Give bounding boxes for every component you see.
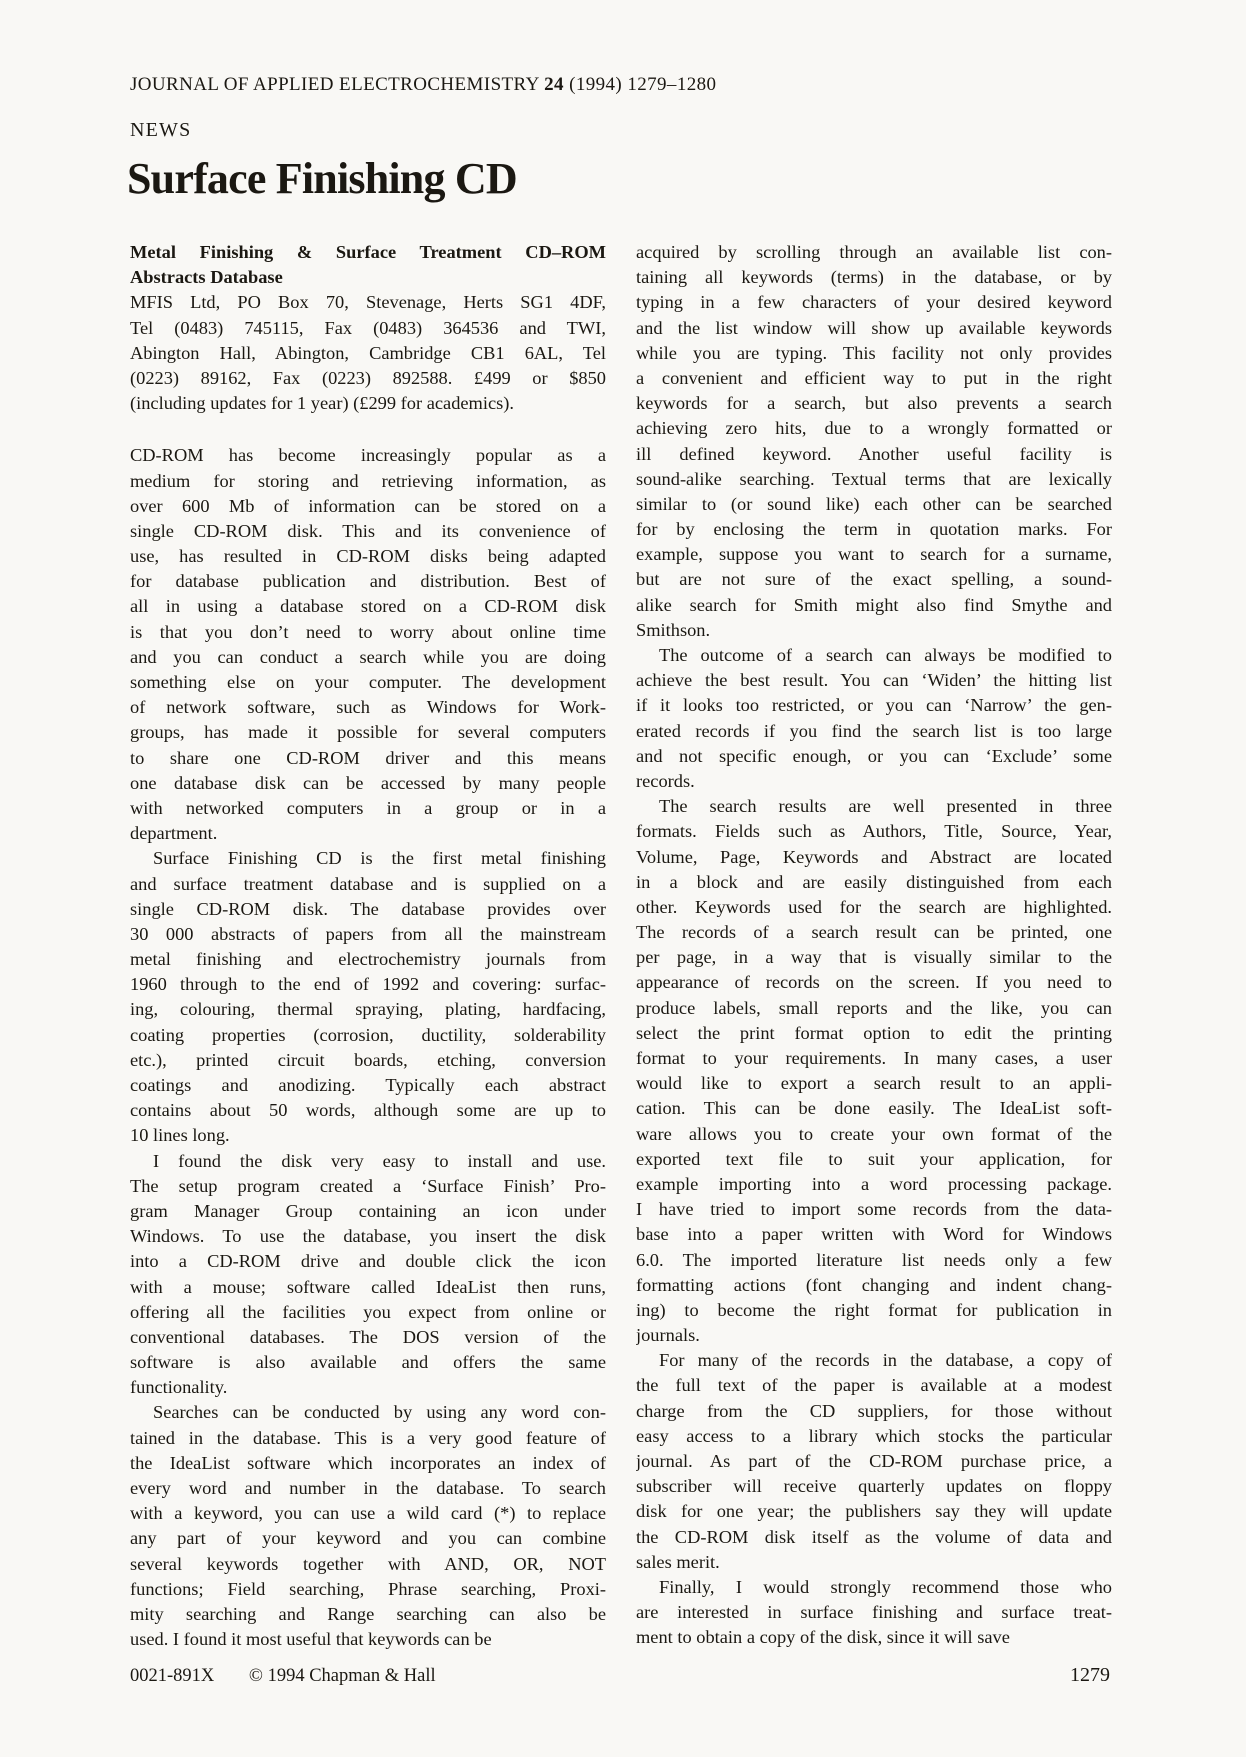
text-line: department.	[130, 821, 606, 846]
text-line: Surface Finishing CD is the first metal …	[130, 846, 606, 871]
journal-name: JOURNAL OF APPLIED ELECTROCHEMISTRY	[130, 74, 539, 95]
paragraph: The search results are well presented in…	[636, 794, 1112, 1348]
journal-page: JOURNAL OF APPLIED ELECTROCHEMISTRY 24 (…	[0, 0, 1246, 1757]
paragraph: Surface Finishing CD is the first metal …	[130, 846, 606, 1148]
text-line: formats. Fields such as Authors, Title, …	[636, 819, 1112, 844]
paragraph: MFIS Ltd, PO Box 70, Stevenage, Herts SG…	[130, 290, 606, 416]
text-line: cation. This can be done easily. The Ide…	[636, 1096, 1112, 1121]
paragraph: Searches can be conducted by using any w…	[130, 1400, 606, 1652]
text-line: easy access to a library which stocks th…	[636, 1424, 1112, 1449]
text-line: formatting actions (font changing and in…	[636, 1273, 1112, 1298]
text-line: in a block and are easily distinguished …	[636, 870, 1112, 895]
text-line: example importing into a word processing…	[636, 1172, 1112, 1197]
text-line: metal finishing and electrochemistry jou…	[130, 947, 606, 972]
text-line: with a keyword, you can use a wild card …	[130, 1501, 606, 1526]
text-line: with networked computers in a group or i…	[130, 796, 606, 821]
text-line: to share one CD-ROM driver and this mean…	[130, 746, 606, 771]
text-line: charge from the CD suppliers, for those …	[636, 1399, 1112, 1424]
text-line: of network software, such as Windows for…	[130, 695, 606, 720]
text-line: use, has resulted in CD-ROM disks being …	[130, 544, 606, 569]
paragraph: acquired by scrolling through an availab…	[636, 240, 1112, 643]
text-line: groups, has made it possible for several…	[130, 720, 606, 745]
paragraph: I found the disk very easy to install an…	[130, 1149, 606, 1401]
section-label: NEWS	[130, 119, 191, 142]
text-line: (including updates for 1 year) (£299 for…	[130, 391, 606, 416]
running-head: JOURNAL OF APPLIED ELECTROCHEMISTRY 24 (…	[130, 74, 716, 96]
paragraph: Finally, I would strongly recommend thos…	[636, 1575, 1112, 1651]
text-line: Volume, Page, Keywords and Abstract are …	[636, 845, 1112, 870]
text-line: appearance of records on the screen. If …	[636, 970, 1112, 995]
text-line: for by enclosing the term in quotation m…	[636, 517, 1112, 542]
text-line: and you can conduct a search while you a…	[130, 645, 606, 670]
text-line: software is also available and offers th…	[130, 1350, 606, 1375]
text-line: The records of a search result can be pr…	[636, 920, 1112, 945]
text-line: other. Keywords used for the search are …	[636, 895, 1112, 920]
text-line: one database disk can be accessed by man…	[130, 771, 606, 796]
footer: 0021-891X © 1994 Chapman & Hall	[130, 1666, 436, 1687]
text-line: would like to export a search result to …	[636, 1071, 1112, 1096]
text-line: 1960 through to the end of 1992 and cove…	[130, 972, 606, 997]
text-line: disk for one year; the publishers say th…	[636, 1499, 1112, 1524]
text-line: similar to (or sound like) each other ca…	[636, 492, 1112, 517]
text-line: exported text file to suit your applicat…	[636, 1147, 1112, 1172]
paragraph: For many of the records in the database,…	[636, 1348, 1112, 1575]
text-line: ment to obtain a copy of the disk, since…	[636, 1625, 1112, 1650]
text-line: ware allows you to create your own forma…	[636, 1122, 1112, 1147]
text-line: but are not sure of the exact spelling, …	[636, 567, 1112, 592]
text-line: keywords for a search, but also prevents…	[636, 391, 1112, 416]
text-line: a convenient and efficient way to put in…	[636, 366, 1112, 391]
text-line: The setup program created a ‘Surface Fin…	[130, 1174, 606, 1199]
text-line: the IdeaList software which incorporates…	[130, 1451, 606, 1476]
text-line: Abington Hall, Abington, Cambridge CB1 6…	[130, 341, 606, 366]
text-line: ing, colouring, thermal spraying, platin…	[130, 997, 606, 1022]
text-line: For many of the records in the database,…	[636, 1348, 1112, 1373]
text-line: any part of your keyword and you can com…	[130, 1526, 606, 1551]
text-line: gram Manager Group containing an icon un…	[130, 1199, 606, 1224]
text-line: Smithson.	[636, 618, 1112, 643]
text-line: Searches can be conducted by using any w…	[130, 1400, 606, 1425]
text-line: etc.), printed circuit boards, etching, …	[130, 1048, 606, 1073]
text-line: conventional databases. The DOS version …	[130, 1325, 606, 1350]
right-column: acquired by scrolling through an availab…	[636, 240, 1112, 1652]
text-line: sound-alike searching. Textual terms tha…	[636, 467, 1112, 492]
text-line: The search results are well presented in…	[636, 794, 1112, 819]
text-line: Metal Finishing & Surface Treatment CD–R…	[130, 240, 606, 265]
issue-pages: (1994) 1279–1280	[569, 74, 716, 95]
text-line: per page, in a way that is visually simi…	[636, 945, 1112, 970]
text-line: medium for storing and retrieving inform…	[130, 469, 606, 494]
text-line: records.	[636, 769, 1112, 794]
text-line: format to your requirements. In many cas…	[636, 1046, 1112, 1071]
volume-number: 24	[544, 74, 564, 95]
text-line: tained in the database. This is a very g…	[130, 1426, 606, 1451]
product-heading: Metal Finishing & Surface Treatment CD–R…	[130, 240, 606, 290]
text-line: are interested in surface finishing and …	[636, 1600, 1112, 1625]
text-line: 10 lines long.	[130, 1123, 606, 1148]
text-line: every word and number in the database. T…	[130, 1476, 606, 1501]
page-title: Surface Finishing CD	[127, 153, 517, 204]
text-line: journal. As part of the CD-ROM purchase …	[636, 1449, 1112, 1474]
text-line: mity searching and Range searching can a…	[130, 1602, 606, 1627]
text-line: is that you don’t need to worry about on…	[130, 620, 606, 645]
paragraph: CD-ROM has become increasingly popular a…	[130, 443, 606, 846]
text-line: MFIS Ltd, PO Box 70, Stevenage, Herts SG…	[130, 290, 606, 315]
text-line: contains about 50 words, although some a…	[130, 1098, 606, 1123]
text-line: example, suppose you want to search for …	[636, 542, 1112, 567]
text-line: I found the disk very easy to install an…	[130, 1149, 606, 1174]
text-line: acquired by scrolling through an availab…	[636, 240, 1112, 265]
text-line: base into a paper written with Word for …	[636, 1222, 1112, 1247]
issn-label: 0021-891X	[130, 1666, 214, 1686]
text-line: select the print format option to edit t…	[636, 1021, 1112, 1046]
text-line: CD-ROM has become increasingly popular a…	[130, 443, 606, 468]
text-line: ill defined keyword. Another useful faci…	[636, 442, 1112, 467]
text-line: (0223) 89162, Fax (0223) 892588. £499 or…	[130, 366, 606, 391]
text-line: Tel (0483) 745115, Fax (0483) 364536 and…	[130, 316, 606, 341]
paragraph: The outcome of a search can always be mo…	[636, 643, 1112, 794]
copyright-label: © 1994 Chapman & Hall	[249, 1666, 436, 1686]
text-line: single CD-ROM disk. This and its conveni…	[130, 519, 606, 544]
text-line: produce labels, small reports and the li…	[636, 996, 1112, 1021]
text-line: offering all the facilities you expect f…	[130, 1300, 606, 1325]
text-line: alike search for Smith might also find S…	[636, 593, 1112, 618]
text-line: Finally, I would strongly recommend thos…	[636, 1575, 1112, 1600]
text-line: typing in a few characters of your desir…	[636, 290, 1112, 315]
text-line: achieve the best result. You can ‘Widen’…	[636, 668, 1112, 693]
text-line: something else on your computer. The dev…	[130, 670, 606, 695]
text-line: and surface treatment database and is su…	[130, 872, 606, 897]
text-line: several keywords together with AND, OR, …	[130, 1552, 606, 1577]
text-line: functionality.	[130, 1375, 606, 1400]
text-line: sales merit.	[636, 1550, 1112, 1575]
text-line: for database publication and distributio…	[130, 569, 606, 594]
text-line: 30 000 abstracts of papers from all the …	[130, 922, 606, 947]
text-line: ing) to become the right format for publ…	[636, 1298, 1112, 1323]
text-line: into a CD-ROM drive and double click the…	[130, 1249, 606, 1274]
text-line: The outcome of a search can always be mo…	[636, 643, 1112, 668]
text-line: 6.0. The imported literature list needs …	[636, 1248, 1112, 1273]
text-line: single CD-ROM disk. The database provide…	[130, 897, 606, 922]
text-line: I have tried to import some records from…	[636, 1197, 1112, 1222]
text-line: taining all keywords (terms) in the data…	[636, 265, 1112, 290]
text-line: while you are typing. This facility not …	[636, 341, 1112, 366]
text-line: the CD-ROM disk itself as the volume of …	[636, 1525, 1112, 1550]
text-line: and the list window will show up availab…	[636, 316, 1112, 341]
text-line: if it looks too restricted, or you can ‘…	[636, 693, 1112, 718]
text-line: subscriber will receive quarterly update…	[636, 1474, 1112, 1499]
text-line: the full text of the paper is available …	[636, 1373, 1112, 1398]
text-line: journals.	[636, 1323, 1112, 1348]
text-line: coating properties (corrosion, ductility…	[130, 1023, 606, 1048]
text-line: functions; Field searching, Phrase searc…	[130, 1577, 606, 1602]
text-line: used. I found it most useful that keywor…	[130, 1627, 606, 1652]
page-number: 1279	[1030, 1664, 1110, 1687]
text-line: over 600 Mb of information can be stored…	[130, 494, 606, 519]
left-column: Metal Finishing & Surface Treatment CD–R…	[130, 240, 606, 1652]
text-line: with a mouse; software called IdeaList t…	[130, 1275, 606, 1300]
text-line: all in using a database stored on a CD-R…	[130, 594, 606, 619]
text-line: achieving zero hits, due to a wrongly fo…	[636, 416, 1112, 441]
text-line: and not specific enough, or you can ‘Exc…	[636, 744, 1112, 769]
text-line: erated records if you find the search li…	[636, 719, 1112, 744]
article-body: Metal Finishing & Surface Treatment CD–R…	[130, 240, 1112, 1652]
text-line: Windows. To use the database, you insert…	[130, 1224, 606, 1249]
text-line: Abstracts Database	[130, 265, 606, 290]
text-line: coatings and anodizing. Typically each a…	[130, 1073, 606, 1098]
